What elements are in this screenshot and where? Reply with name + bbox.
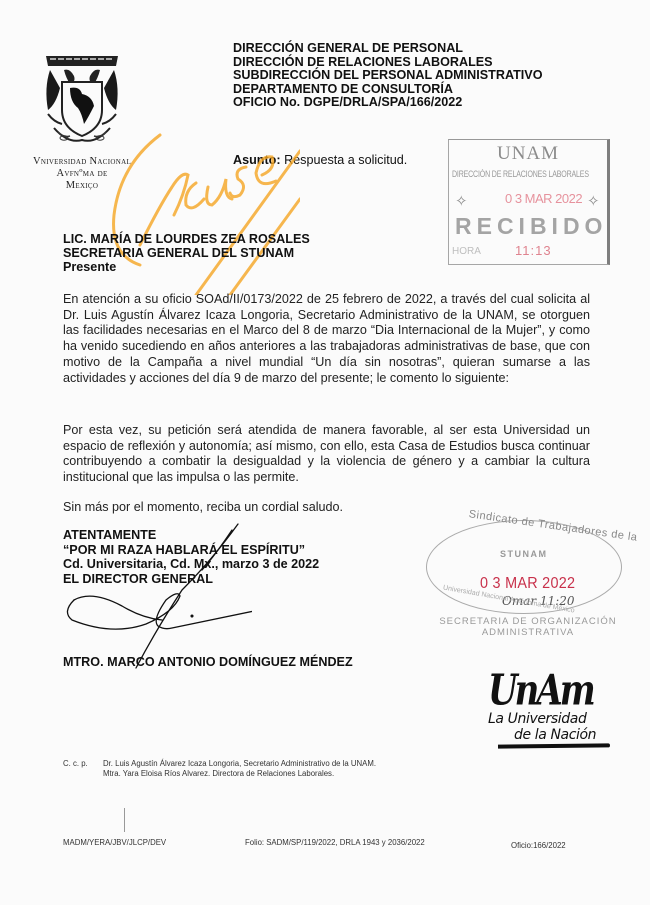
university-name-line: Avfnºma de	[18, 168, 146, 180]
stamp-union-name: STUNAM	[500, 549, 548, 559]
stamp-secretaria-line: ADMINISTRATIVA	[423, 627, 633, 638]
university-name-line: Mexiço	[18, 180, 146, 192]
scan-mark	[124, 808, 125, 832]
star-icon: ✧	[455, 192, 468, 210]
body-paragraph: En atención a su oficio SOAd/II/0173/202…	[63, 292, 590, 386]
stamp-label: RECIBIDO	[455, 213, 607, 240]
unam-coat-of-arms-icon	[40, 48, 124, 152]
letterhead-header: DIRECCIÓN GENERAL DE PERSONAL DIRECCIÓN …	[233, 42, 543, 110]
star-icon: ✧	[587, 192, 600, 210]
footer-initials: MADM/YERA/JBV/JLCP/DEV	[63, 838, 166, 847]
subject-line: Asunto: Respuesta a solicitud.	[233, 153, 407, 167]
ccp-recipient: Mtra. Yara Eloisa Ríos Alvarez. Director…	[103, 769, 376, 779]
stamp-secretaria-line: SECRETARIA DE ORGANIZACIÓN	[423, 616, 633, 627]
closing-line: ATENTAMENTE	[63, 528, 319, 543]
stamp-secretaria: SECRETARIA DE ORGANIZACIÓN ADMINISTRATIV…	[423, 616, 633, 638]
ccp-label: C. c. p.	[63, 759, 88, 769]
university-name-line: Vniversidad Nacional	[18, 156, 146, 168]
ccp-recipient: Dr. Luis Agustín Álvarez Icaza Longoria,…	[103, 759, 376, 769]
signer-name: MTRO. MARCO ANTONIO DOMÍNGUEZ MÉNDEZ	[63, 655, 353, 669]
university-motto: “POR MI RAZA HABLARÁ EL ESPÍRITU”	[63, 543, 319, 558]
received-stamp: UNAM DIRECCIÓN DE RELACIONES LABORALES ✧…	[448, 139, 610, 265]
header-line: DIRECCIÓN GENERAL DE PERSONAL	[233, 42, 543, 56]
subject-label: Asunto:	[233, 153, 281, 167]
footer-oficio: Oficio:166/2022	[511, 841, 566, 850]
recipient-block: LIC. MARÍA DE LOURDES ZEA ROSALES SECRET…	[63, 233, 310, 274]
header-line: SUBDIRECCIÓN DEL PERSONAL ADMINISTRATIVO	[233, 69, 543, 83]
subject-value: Respuesta a solicitud.	[284, 153, 407, 167]
unam-logo: Vniversidad Nacional Avfnºma de Mexiço	[18, 48, 146, 192]
stunam-received-stamp: Sindicato de Trabajadores de la STUNAM 0…	[418, 516, 628, 640]
recipient-salutation: Presente	[63, 261, 310, 275]
recipient-name: LIC. MARÍA DE LOURDES ZEA ROSALES	[63, 233, 310, 247]
header-line: DEPARTAMENTO DE CONSULTORÍA	[233, 83, 543, 97]
footer-folio: Folio: SADM/SP/119/2022, DRLA 1943 y 203…	[245, 838, 425, 847]
place-date: Cd. Universitaria, Cd. Mx., marzo 3 de 2…	[63, 557, 319, 572]
body-paragraph: Por esta vez, su petición será atendida …	[63, 423, 590, 486]
brand-underline-stroke	[498, 743, 610, 748]
brand-tagline: de la Nación	[514, 727, 618, 743]
stamp-date: 0 3 MAR 2022	[505, 191, 582, 206]
university-name: Vniversidad Nacional Avfnºma de Mexiço	[18, 156, 146, 192]
stamp-org: UNAM	[449, 143, 607, 165]
stamp-time: 11:13	[515, 243, 552, 258]
unam-brand-logo: UnAm La Universidad de la Nación	[488, 668, 618, 748]
ccp-recipients: Dr. Luis Agustín Álvarez Icaza Longoria,…	[103, 759, 376, 778]
signer-title: EL DIRECTOR GENERAL	[63, 572, 319, 587]
recipient-title: SECRETARIA GENERAL DEL STUNAM	[63, 247, 310, 261]
oficio-number: OFICIO No. DGPE/DRLA/SPA/166/2022	[233, 96, 543, 110]
stamp-department: DIRECCIÓN DE RELACIONES LABORALES	[452, 169, 589, 179]
closing-block: ATENTAMENTE “POR MI RAZA HABLARÁ EL ESPÍ…	[63, 528, 319, 586]
brand-wordmark: UnAm	[488, 668, 618, 713]
stamp-date: 0 3 MAR 2022	[480, 575, 575, 593]
stamp-hora-label: HORA	[452, 246, 481, 257]
